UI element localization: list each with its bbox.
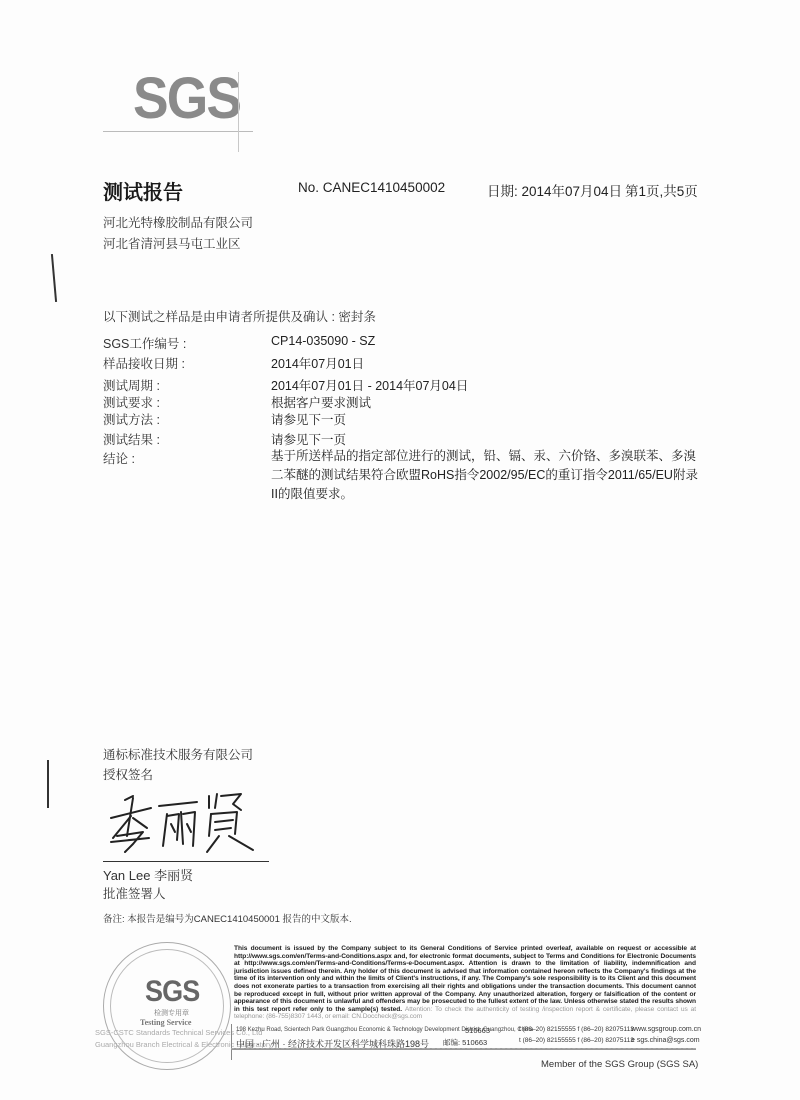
- sample-intro: 以下测试之样品是由申请者所提供及确认 : 密封条: [103, 307, 376, 325]
- field-label-conclusion: 结论 :: [103, 449, 135, 467]
- field-label-test-result: 测试结果 :: [103, 430, 160, 448]
- margin-mark: [47, 760, 49, 808]
- field-label-test-method: 测试方法 :: [103, 410, 160, 428]
- footer-phone-2: t (86–20) 82155555 f (86–20) 82075113: [519, 1037, 634, 1044]
- logo-crop-mark: [238, 72, 239, 152]
- field-value-received-date: 2014年07月01日: [271, 354, 364, 372]
- legal-disclaimer: This document is issued by the Company s…: [234, 945, 696, 1021]
- field-value-test-result: 请参见下一页: [271, 430, 346, 448]
- authorized-signature-label: 授权签名: [103, 765, 153, 783]
- stamp-cn-label: 检测专用章: [154, 1008, 189, 1018]
- field-value-test-period: 2014年07月01日 - 2014年07月04日: [271, 376, 468, 394]
- field-label-received-date: 样品接收日期 :: [103, 354, 185, 372]
- field-value-job-no: CP14-035090 - SZ: [271, 334, 375, 348]
- field-value-test-method: 请参见下一页: [271, 410, 346, 428]
- field-label-job-no: SGS工作编号 :: [103, 334, 186, 352]
- report-number: No. CANEC1410450002: [298, 180, 445, 195]
- footer-email: e sgs.china@sgs.com: [631, 1037, 700, 1044]
- footer-member-line: Member of the SGS Group (SGS SA): [541, 1059, 698, 1070]
- footer-address-cn: 中国 · 广州 · 经济技术开发区科学城科珠路198号: [236, 1037, 429, 1050]
- field-value-conclusion: 基于所送样品的指定部位进行的测试，铅、镉、汞、六价铬、多溴联苯、多溴二苯醚的测试…: [271, 447, 701, 504]
- disclaimer-body: This document is issued by the Company s…: [234, 945, 696, 1013]
- footer-website: www.sgsgroup.com.cn: [631, 1026, 701, 1033]
- field-label-test-requirement: 测试要求 :: [103, 393, 160, 411]
- stamp-logo: SGS: [145, 975, 199, 1009]
- remark-note: 备注: 本报告是编号为CANEC1410450001 报告的中文版本.: [103, 911, 352, 925]
- field-label-test-period: 测试周期 :: [103, 376, 160, 394]
- footer-divider-vertical: [231, 1024, 232, 1060]
- footer-phone-1: t (86–20) 82155555 f (86–20) 82075113: [519, 1026, 634, 1033]
- signing-company: 通标标准技术服务有限公司: [103, 745, 253, 763]
- handwritten-signature: [103, 790, 263, 860]
- stamp-en-label: Testing Service: [140, 1018, 191, 1027]
- logo-underline: [103, 131, 253, 132]
- signature-line: [103, 861, 269, 862]
- page-title: 测试报告: [103, 176, 183, 205]
- footer-postcode-cn: 邮编: 510663: [443, 1037, 487, 1048]
- sgs-logo: SGS: [133, 70, 240, 128]
- client-address: 河北省清河县马屯工业区: [103, 234, 241, 252]
- margin-mark: [51, 254, 57, 302]
- page-indicator: 第1页,共5页: [625, 180, 698, 200]
- signatory-role: 批准签署人: [103, 884, 166, 902]
- signatory-name: Yan Lee 李丽贤: [103, 865, 193, 884]
- report-date: 日期: 2014年07月04日: [487, 180, 622, 200]
- field-value-test-requirement: 根据客户要求测试: [271, 393, 371, 411]
- footer-postcode-en: 510663: [465, 1026, 490, 1035]
- client-name: 河北光特橡胶制品有限公司: [103, 213, 253, 231]
